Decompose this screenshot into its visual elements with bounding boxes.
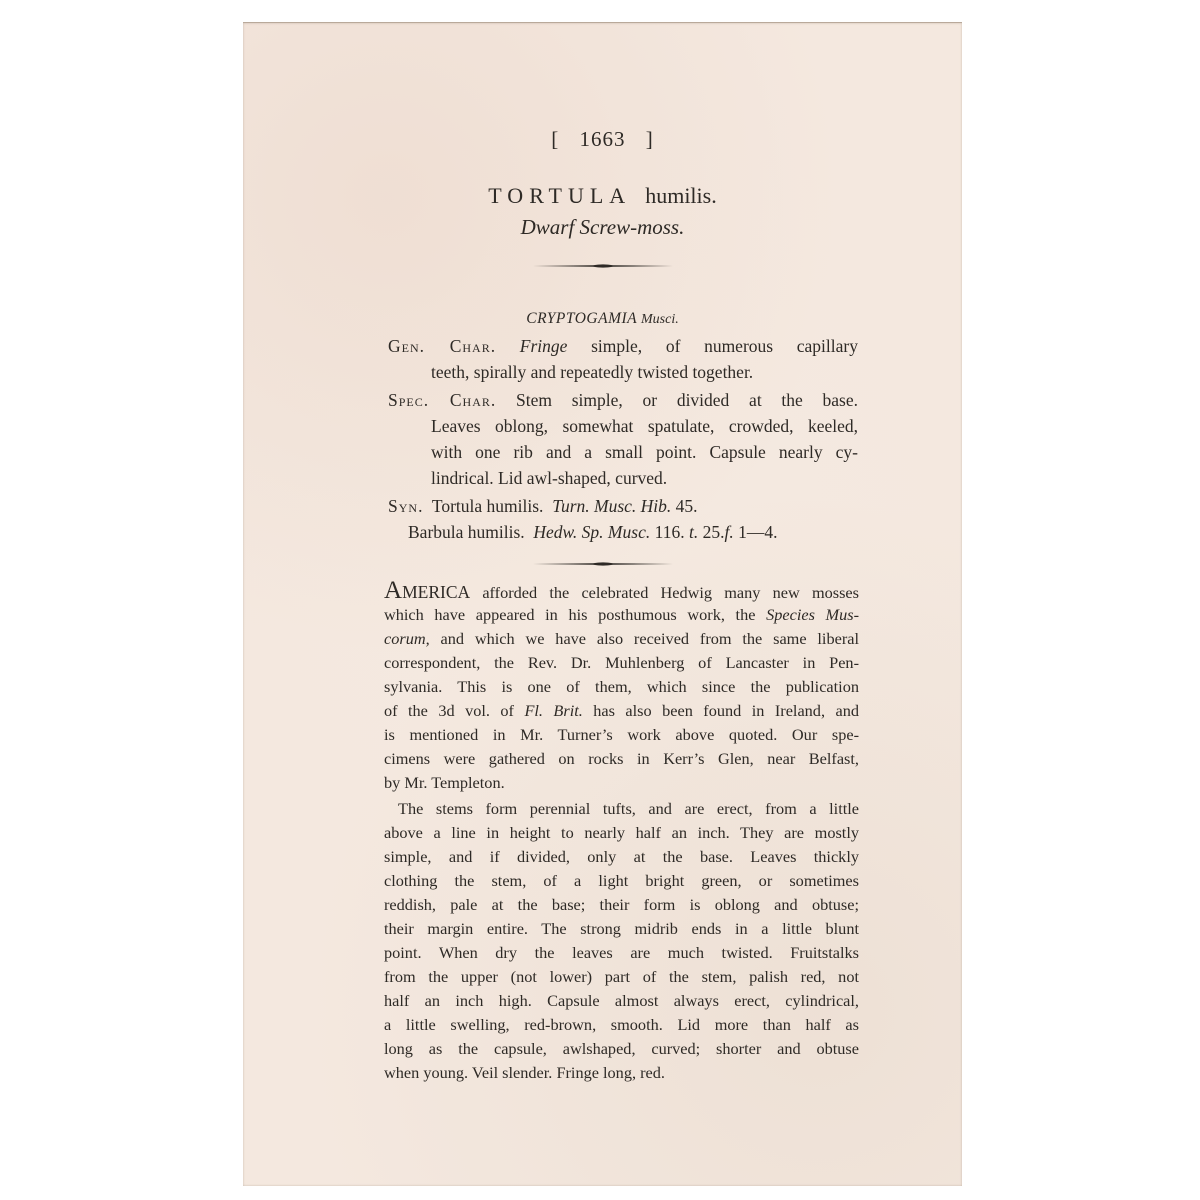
paragraph-1-line-5: sylvania. This is one of them, which sin… bbox=[384, 675, 859, 699]
paragraph-2-line: half an inch high. Capsule almost always… bbox=[384, 989, 859, 1013]
spec-char-label: Spec. Char. bbox=[388, 390, 496, 410]
classification: CRYPTOGAMIA Musci. bbox=[243, 310, 962, 328]
gen-char-term: Fringe bbox=[520, 336, 568, 356]
genus-name: TORTULA bbox=[488, 183, 631, 208]
page-number-header: [ 1663 ] bbox=[243, 127, 962, 152]
spec-char-line-2: Leaves oblong, somewhat spatulate, crowd… bbox=[431, 413, 858, 439]
order-name: Musci. bbox=[641, 312, 679, 327]
gen-char-line-2: teeth, spirally and repeatedly twisted t… bbox=[431, 359, 753, 385]
paragraph-1-line-2: which have appeared in his posthumous wo… bbox=[384, 603, 859, 627]
paragraph-2-line: when young. Veil slender. Fringe long, r… bbox=[384, 1061, 665, 1085]
gen-char-line-1: Gen. Char. Fringe simple, of numerous ca… bbox=[388, 333, 858, 359]
paragraph-2-line: long as the capsule, awlshaped, curved; … bbox=[384, 1037, 859, 1061]
paragraph-2-line: above a line in height to nearly half an… bbox=[384, 821, 859, 845]
paragraph-2-line: their margin entire. The strong midrib e… bbox=[384, 917, 859, 941]
book-page: [ 1663 ] TORTULAhumilis. Dwarf Screw-mos… bbox=[243, 22, 962, 1186]
ornamental-rule-top bbox=[243, 263, 962, 267]
paragraph-2-line: clothing the stem, of a light bright gre… bbox=[384, 869, 859, 893]
bracket-right: ] bbox=[646, 127, 654, 151]
paragraph-1-line-7: is mentioned in Mr. Turner’s work above … bbox=[384, 723, 859, 747]
common-name: Dwarf Screw-moss. bbox=[243, 215, 962, 240]
species-epithet: humilis. bbox=[645, 183, 717, 208]
spec-char-line-1: Spec. Char. Stem simple, or divided at t… bbox=[388, 387, 858, 413]
paragraph-2-line: reddish, pale at the base; their form is… bbox=[384, 893, 859, 917]
paragraph-1-line-4: correspondent, the Rev. Dr. Muhlenberg o… bbox=[384, 651, 859, 675]
paragraph-2-line: a little swelling, red-brown, smooth. Li… bbox=[384, 1013, 859, 1037]
spec-char-line-3: with one rib and a small point. Capsule … bbox=[431, 439, 858, 465]
paragraph-2-line: simple, and if divided, only at the base… bbox=[384, 845, 859, 869]
paragraph-1-line-1: AMERICA afforded the celebrated Hedwig m… bbox=[384, 579, 859, 605]
paragraph-2-line: from the upper (not lower) part of the s… bbox=[384, 965, 859, 989]
drop-cap: AMERICA bbox=[384, 583, 470, 602]
description-body: AMERICA afforded the celebrated Hedwig m… bbox=[384, 579, 859, 1099]
spec-char-line-4: lindrical. Lid awl-shaped, curved. bbox=[431, 465, 667, 491]
paragraph-1-line-9: by Mr. Templeton. bbox=[384, 771, 505, 795]
species-title: TORTULAhumilis. bbox=[243, 183, 962, 209]
paragraph-2-line: The stems form perennial tufts, and are … bbox=[398, 797, 859, 821]
synonym-line-1: Syn. Tortula humilis. Turn. Musc. Hib. 4… bbox=[388, 493, 698, 519]
paragraph-1-line-6: of the 3d vol. of Fl. Brit. has also bee… bbox=[384, 699, 859, 723]
class-name: CRYPTOGAMIA bbox=[526, 310, 637, 327]
synonym-line-2: Barbula humilis. Hedw. Sp. Musc. 116. t.… bbox=[408, 519, 777, 545]
gen-char-label: Gen. Char. bbox=[388, 336, 496, 356]
ornamental-rule-middle bbox=[243, 561, 962, 565]
bracket-left: [ bbox=[551, 127, 559, 151]
paragraph-1-line-8: cimens were gathered on rocks in Kerr’s … bbox=[384, 747, 859, 771]
character-description: Gen. Char. Fringe simple, of numerous ca… bbox=[388, 333, 858, 563]
synonym-label: Syn. bbox=[388, 496, 423, 516]
paragraph-1-line-3: corum, and which we have also received f… bbox=[384, 627, 859, 651]
paragraph-2-line: point. When dry the leaves are much twis… bbox=[384, 941, 859, 965]
page-number: 1663 bbox=[580, 127, 626, 151]
